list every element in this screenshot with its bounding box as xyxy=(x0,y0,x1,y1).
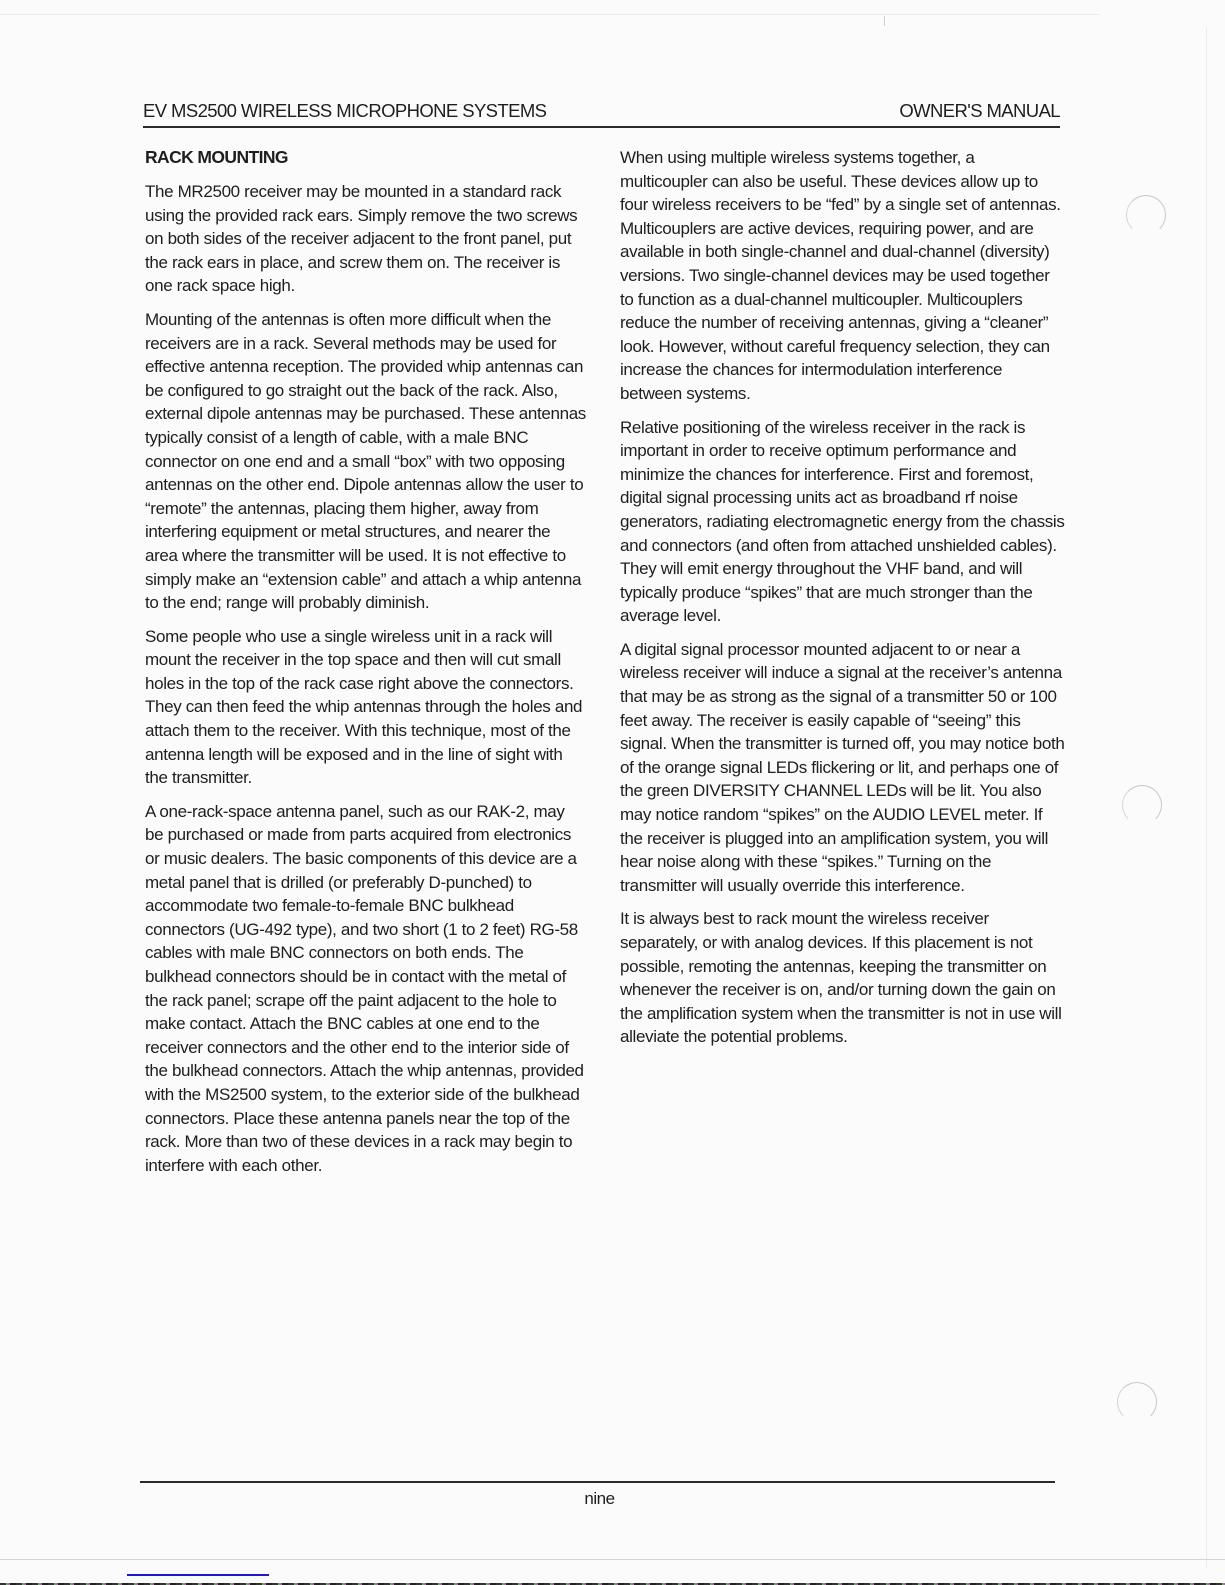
paragraph: Mounting of the antennas is often more d… xyxy=(145,308,587,615)
left-column: RACK MOUNTING The MR2500 receiver may be… xyxy=(145,146,587,1187)
scan-mark xyxy=(884,16,885,26)
running-header: EV MS2500 WIRELESS MICROPHONE SYSTEMS OW… xyxy=(143,100,1060,128)
page-number: nine xyxy=(0,1489,1225,1509)
punch-hole-icon xyxy=(1122,785,1162,825)
section-heading: RACK MOUNTING xyxy=(145,146,587,168)
paragraph: It is always best to rack mount the wire… xyxy=(620,907,1065,1049)
link-underline[interactable] xyxy=(127,1574,269,1576)
scan-edge-top xyxy=(0,14,1100,15)
footer-rule xyxy=(140,1481,1055,1483)
paragraph: The MR2500 receiver may be mounted in a … xyxy=(145,180,587,298)
header-manual-label: OWNER'S MANUAL xyxy=(899,100,1060,122)
paragraph: Some people who use a single wireless un… xyxy=(145,625,587,790)
scan-edge-right xyxy=(1206,28,1207,1568)
punch-hole-icon xyxy=(1126,195,1166,235)
paragraph: When using multiple wireless systems tog… xyxy=(620,146,1065,406)
scan-edge-bottom xyxy=(0,1559,1225,1560)
page-number-text: nine xyxy=(584,1489,614,1508)
right-column: When using multiple wireless systems tog… xyxy=(620,146,1065,1059)
header-title: EV MS2500 WIRELESS MICROPHONE SYSTEMS xyxy=(143,100,546,122)
paragraph: A digital signal processor mounted adjac… xyxy=(620,638,1065,898)
paragraph: A one-rack-space antenna panel, such as … xyxy=(145,800,587,1178)
punch-hole-icon xyxy=(1117,1382,1157,1422)
paragraph: Relative positioning of the wireless rec… xyxy=(620,416,1065,628)
